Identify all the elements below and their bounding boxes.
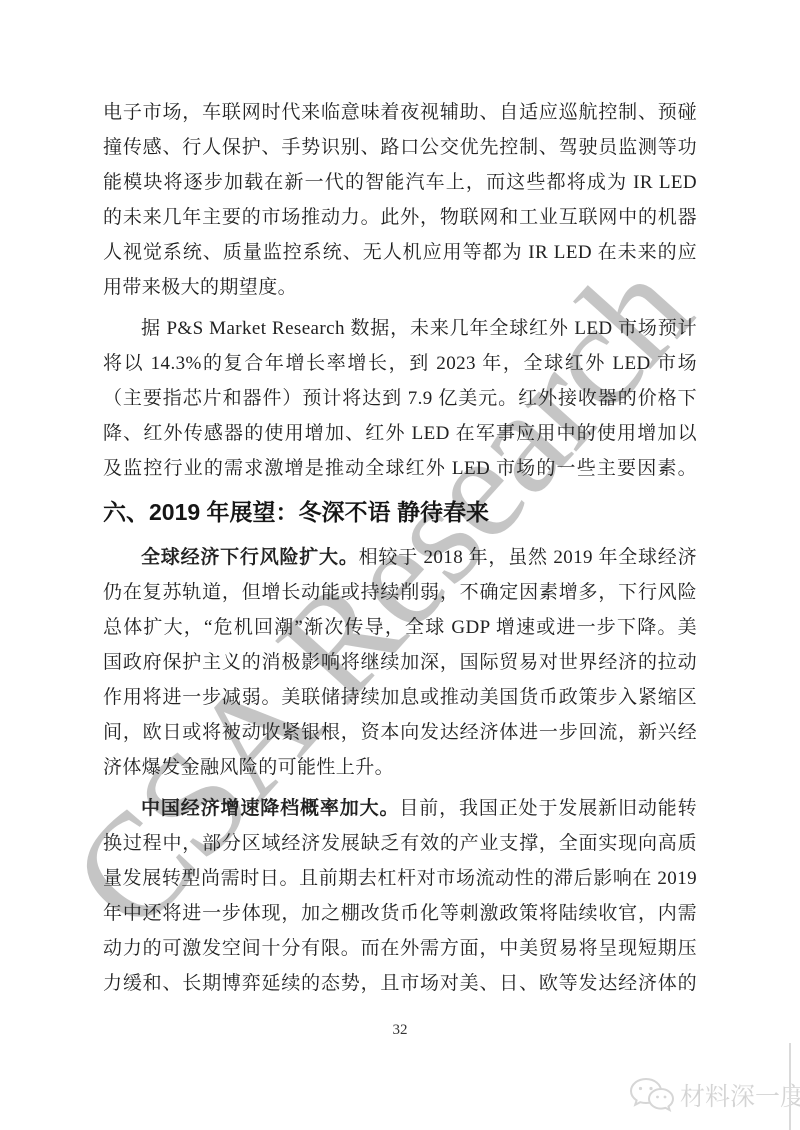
text-line: 总体扩大，“危机回潮”渐次传导，全球 GDP 增速或进一步下降。美 [103, 610, 697, 645]
paragraph-ir-led-market-forecast: 据 P&S Market Research 数据，未来几年全球红外 LED 市场… [103, 311, 697, 486]
text-line: 量发展转型尚需时日。且前期去杠杆对市场流动性的滞后影响在 2019 [103, 861, 697, 896]
text-line: 能模块将逐步加载在新一代的智能汽车上，而这些都将成为 IR LED [103, 165, 697, 200]
text-line: 动力的可激发空间十分有限。而在外需方面，中美贸易将呈现短期压 [103, 931, 697, 966]
paragraph-china-economy-slowdown: 中国经济增速降档概率加大。目前，我国正处于发展新旧动能转 换过程中，部分区域经济… [103, 791, 697, 1001]
text-line: 用带来极大的期望度。 [103, 270, 697, 305]
text-line: 间，欧日或将被动收紧银根，资本向发达经济体进一步回流，新兴经 [103, 715, 697, 750]
text-line: （主要指芯片和器件）预计将达到 7.9 亿美元。红外接收器的价格下 [103, 381, 697, 416]
text-line: 力缓和、长期博弈延续的态势，且市场对美、日、欧等发达经济体的 [103, 966, 697, 1001]
text-line: 年中还将进一步体现，加之棚改货币化等刺激政策将陆续收官，内需 [103, 896, 697, 931]
text-line: 人视觉系统、质量监控系统、无人机应用等都为 IR LED 在未来的应 [103, 235, 697, 270]
bold-lead-china-economy: 中国经济增速降档概率加大。 [141, 798, 399, 819]
bold-lead-global-economy: 全球经济下行风险扩大。 [141, 547, 359, 568]
text-line: 的未来几年主要的市场推动力。此外，物联网和工业互联网中的机器 [103, 200, 697, 235]
text-run: 目前，我国正处于发展新旧动能转 [399, 798, 697, 819]
text-line: 全球经济下行风险扩大。相较于 2018 年，虽然 2019 年全球经济 [103, 540, 697, 575]
page-number: 32 [0, 1022, 800, 1039]
text-line: 仍在复苏轨道，但增长动能或持续削弱，不确定因素增多，下行风险 [103, 575, 697, 610]
text-line: 中国经济增速降档概率加大。目前，我国正处于发展新旧动能转 [103, 791, 697, 826]
document-page: CSA Research 电子市场，车联网时代来临意味着夜视辅助、自适应巡航控制… [0, 0, 800, 1130]
text-line: 济体爆发金融风险的可能性上升。 [103, 750, 697, 785]
page-content: 电子市场，车联网时代来临意味着夜视辅助、自适应巡航控制、预碰 撞传感、行人保护、… [103, 95, 697, 1007]
text-run: 相较于 2018 年，虽然 2019 年全球经济 [359, 547, 697, 568]
text-line: 将以 14.3%的复合年增长率增长，到 2023 年，全球红外 LED 市场 [103, 346, 697, 381]
text-line: 电子市场，车联网时代来临意味着夜视辅助、自适应巡航控制、预碰 [103, 95, 697, 130]
text-line: 换过程中，部分区域经济发展缺乏有效的产业支撑，全面实现向高质 [103, 826, 697, 861]
brand-watermark: 材料深一度 [628, 1076, 800, 1114]
text-line: 作用将进一步减弱。美联储持续加息或推动美国货币政策步入紧缩区 [103, 680, 697, 715]
paragraph-global-economy-risk: 全球经济下行风险扩大。相较于 2018 年，虽然 2019 年全球经济 仍在复苏… [103, 540, 697, 785]
text-line: 及监控行业的需求激增是推动全球红外 LED 市场的一些主要因素。 [103, 451, 697, 486]
text-line: 撞传感、行人保护、手势识别、路口公交优先控制、驾驶员监测等功 [103, 130, 697, 165]
brand-name: 材料深一度 [680, 1077, 800, 1113]
section-heading-2019-outlook: 六、2019 年展望：冬深不语 静待春来 [103, 494, 697, 530]
text-line: 据 P&S Market Research 数据，未来几年全球红外 LED 市场… [103, 311, 697, 346]
right-edge-divider [789, 1043, 791, 1130]
chat-bubbles-icon [628, 1076, 674, 1114]
paragraph-ir-led-applications: 电子市场，车联网时代来临意味着夜视辅助、自适应巡航控制、预碰 撞传感、行人保护、… [103, 95, 697, 305]
text-line: 国政府保护主义的消极影响将继续加深，国际贸易对世界经济的拉动 [103, 645, 697, 680]
text-line: 降、红外传感器的使用增加、红外 LED 在军事应用中的使用增加以 [103, 416, 697, 451]
